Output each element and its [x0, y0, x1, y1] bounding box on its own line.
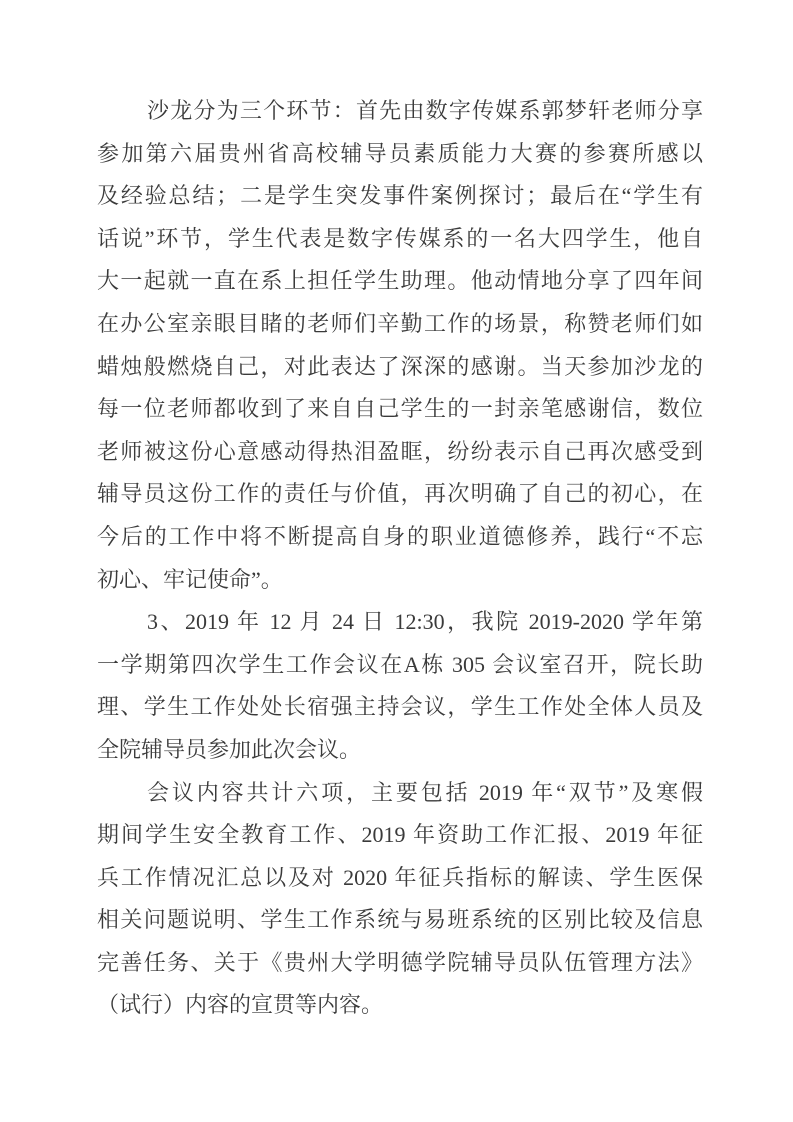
- paragraph-salon-recap: 沙龙分为三个环节：首先由数字传媒系郭梦轩老师分享 参加第六届贵州省高校辅导员素质…: [97, 90, 703, 601]
- paragraph-line: 在办公室亲眼目睹的老师们辛勤工作的场景，称赞老师们如: [97, 303, 703, 346]
- paragraph-line: 今后的工作中将不断提高自身的职业道德修养，践行“不忘: [97, 516, 703, 559]
- paragraph-line: 全院辅导员参加此次会议。: [97, 729, 703, 772]
- paragraph-meeting-item-3: 3、2019 年 12 月 24 日 12:30，我院 2019-2020 学年…: [97, 601, 703, 771]
- paragraph-line: 期间学生安全教育工作、2019 年资助工作汇报、2019 年征: [97, 814, 703, 857]
- paragraph-line: 辅导员这份工作的责任与价值，再次明确了自己的初心，在: [97, 473, 703, 516]
- paragraph-line: 完善任务、关于《贵州大学明德学院辅导员队伍管理方法》: [97, 942, 703, 985]
- paragraph-line: 一学期第四次学生工作会议在A栋 305 会议室召开，院长助: [97, 644, 703, 687]
- paragraph-line: 3、2019 年 12 月 24 日 12:30，我院 2019-2020 学年…: [97, 601, 703, 644]
- paragraph-line: 沙龙分为三个环节：首先由数字传媒系郭梦轩老师分享: [97, 90, 703, 133]
- paragraph-line: 相关问题说明、学生工作系统与易班系统的区别比较及信息: [97, 899, 703, 942]
- paragraph-line: 蜡烛般燃烧自己，对此表达了深深的感谢。当天参加沙龙的: [97, 346, 703, 389]
- paragraph-line: 兵工作情况汇总以及对 2020 年征兵指标的解读、学生医保: [97, 857, 703, 900]
- paragraph-line: 初心、牢记使命”。: [97, 559, 703, 602]
- paragraph-line: 理、学生工作处处长宿强主持会议，学生工作处全体人员及: [97, 686, 703, 729]
- paragraph-line: 及经验总结；二是学生突发事件案例探讨；最后在“学生有: [97, 175, 703, 218]
- paragraph-line: 会议内容共计六项，主要包括 2019 年“双节”及寒假: [97, 772, 703, 815]
- paragraph-meeting-agenda: 会议内容共计六项，主要包括 2019 年“双节”及寒假 期间学生安全教育工作、2…: [97, 772, 703, 1028]
- document-page: 沙龙分为三个环节：首先由数字传媒系郭梦轩老师分享 参加第六届贵州省高校辅导员素质…: [0, 0, 793, 1122]
- paragraph-line: 参加第六届贵州省高校辅导员素质能力大赛的参赛所感以: [97, 133, 703, 176]
- paragraph-line: （试行）内容的宣贯等内容。: [97, 984, 703, 1027]
- document-body-text: 沙龙分为三个环节：首先由数字传媒系郭梦轩老师分享 参加第六届贵州省高校辅导员素质…: [97, 90, 703, 1027]
- paragraph-line: 大一起就一直在系上担任学生助理。他动情地分享了四年间: [97, 260, 703, 303]
- paragraph-line: 每一位老师都收到了来自自己学生的一封亲笔感谢信，数位: [97, 388, 703, 431]
- paragraph-line: 老师被这份心意感动得热泪盈眶，纷纷表示自己再次感受到: [97, 431, 703, 474]
- paragraph-line: 话说”环节，学生代表是数字传媒系的一名大四学生，他自: [97, 218, 703, 261]
